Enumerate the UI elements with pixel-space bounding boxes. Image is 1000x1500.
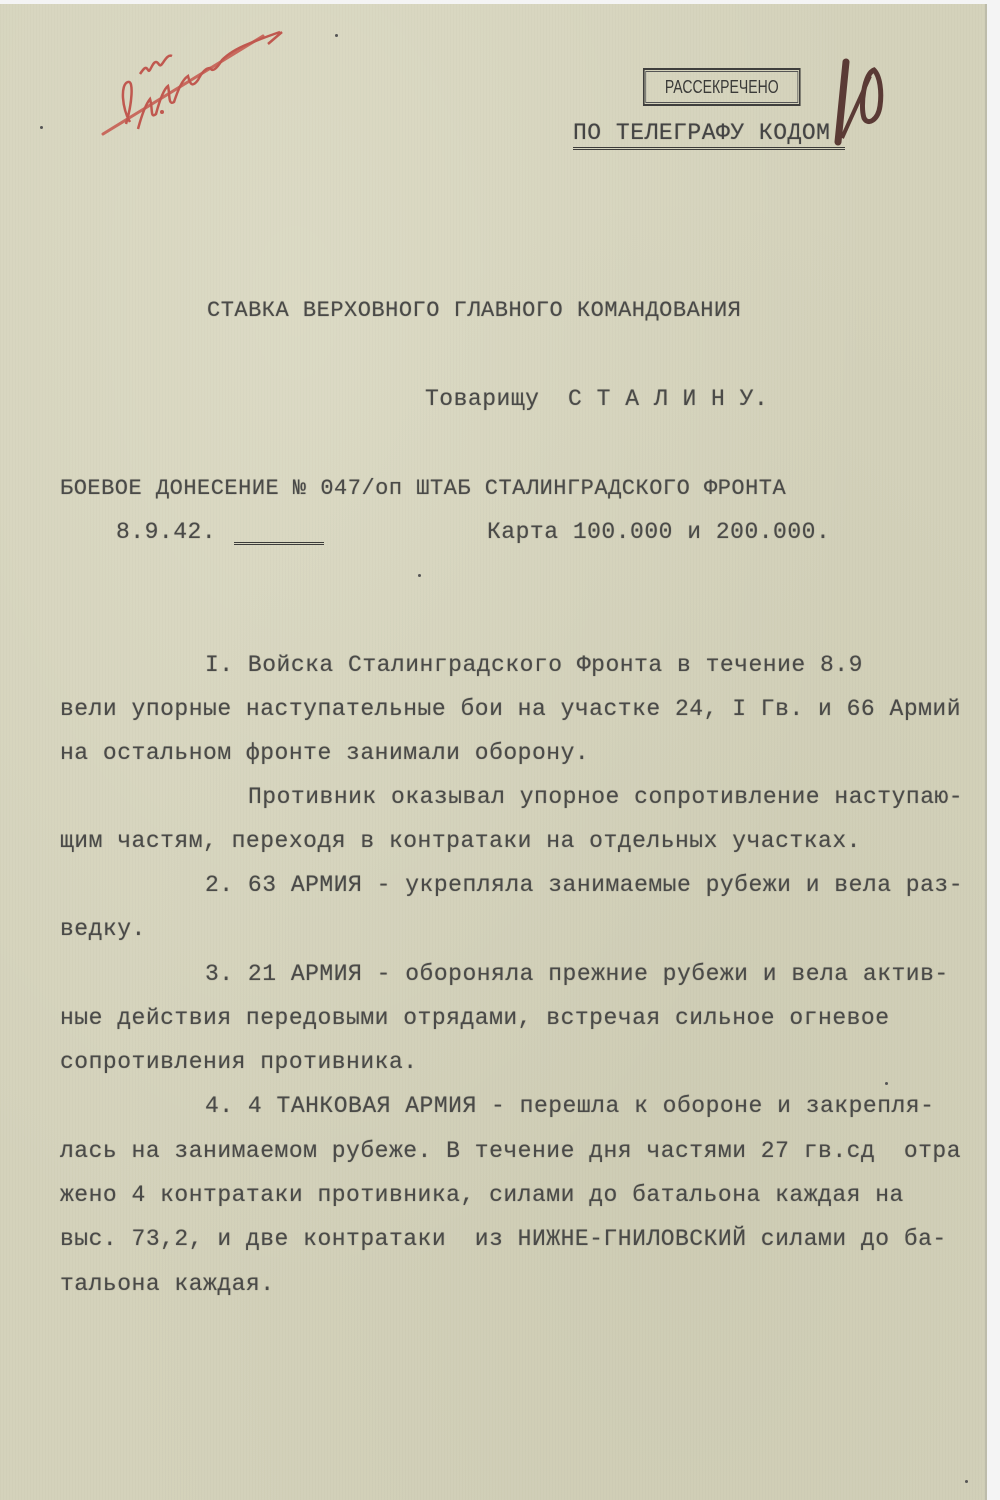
body-line: на остальном фронте занимали оборону. (60, 740, 589, 766)
body-line: лась на занимаемом рубеже. В течение дня… (60, 1138, 961, 1164)
header-title: СТАВКА ВЕРХОВНОГО ГЛАВНОГО КОМАНДОВАНИЯ (207, 298, 741, 323)
handwritten-page-number (830, 56, 890, 146)
body-line: ведку. (60, 916, 146, 942)
transmission-note: ПО ТЕЛЕГРАФУ КОДОМ. (573, 120, 845, 150)
body-line: тальона каждая. (60, 1271, 275, 1297)
blank-underline (234, 542, 324, 545)
paper-speck (965, 1480, 968, 1483)
handwritten-signature-red (98, 14, 288, 139)
paper-speck (418, 574, 421, 577)
body-line: 4. 4 ТАНКОВАЯ АРМИЯ - перешла к обороне … (205, 1093, 934, 1119)
body-line: ные действия передовыми отрядами, встреч… (60, 1005, 890, 1031)
body-line: Противник оказывал упорное сопротивление… (248, 784, 963, 810)
declassified-stamp: РАССЕКРЕЧЕНО (643, 68, 801, 106)
body-line: I. Войска Сталинградского Фронта в течен… (205, 652, 863, 678)
document-page: РАССЕКРЕЧЕНО ПО ТЕЛЕГРАФУ КОДОМ. СТАВКА … (0, 4, 987, 1500)
map-reference: Карта 100.000 и 200.000. (487, 519, 830, 545)
paper-speck (40, 126, 43, 129)
paper-speck (885, 1082, 888, 1085)
body-line: вели упорные наступательные бои на участ… (60, 696, 961, 722)
body-line: сопротивления противника. (60, 1049, 418, 1075)
body-line: жено 4 контратаки противника, силами до … (60, 1182, 904, 1208)
addressee: Товарищу С Т А Л И Н У. (425, 386, 768, 412)
report-date: 8.9.42. (116, 519, 216, 545)
body-line: выс. 73,2, и две контратаки из НИЖНЕ-ГНИ… (60, 1226, 947, 1252)
body-line: щим частям, переходя в контратаки на отд… (60, 828, 861, 854)
body-line: 3. 21 АРМИЯ - обороняла прежние рубежи и… (205, 961, 949, 987)
body-line: 2. 63 АРМИЯ - укрепляла занимаемые рубеж… (205, 872, 963, 898)
paper-speck (335, 34, 338, 37)
report-title: БОЕВОЕ ДОНЕСЕНИЕ № 047/оп ШТАБ СТАЛИНГРА… (60, 476, 786, 501)
